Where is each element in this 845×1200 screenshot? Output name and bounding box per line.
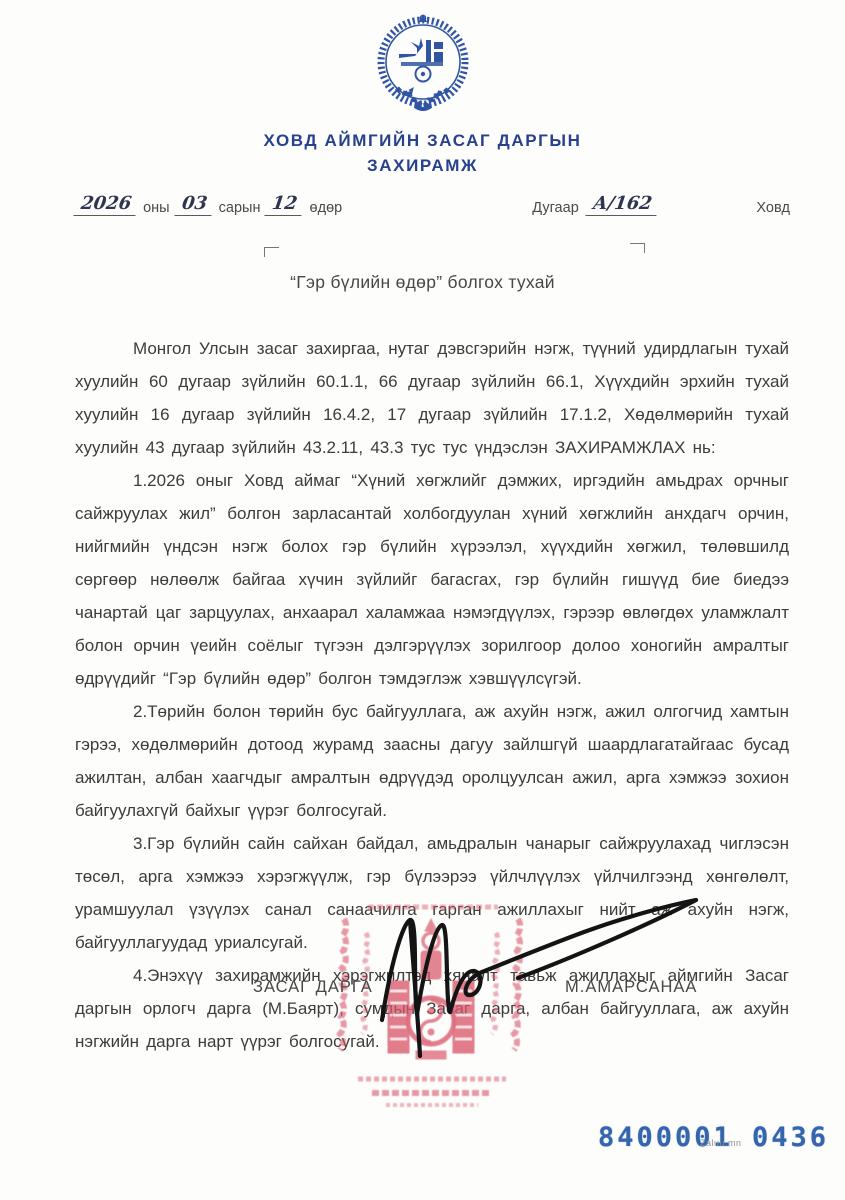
number-value: А/162 bbox=[585, 193, 659, 216]
signer-title: ЗАСАГ ДАРГА bbox=[253, 978, 373, 997]
org-title: ХОВД АЙМГИЙН ЗАСАГ ДАРГЫН ЗАХИРАМЖ bbox=[0, 128, 845, 178]
date-group: 2026 оны 03 сарын 12 өдөр bbox=[75, 193, 342, 216]
subject-line: “Гэр бүлийн өдөр” болгох тухай bbox=[0, 272, 845, 293]
date-number-line: 2026 оны 03 сарын 12 өдөр Дугаар А/162 Х… bbox=[75, 193, 790, 216]
signer-name: М.АМАРСАНАА bbox=[565, 978, 697, 997]
clause-2: 2.Төрийн болон төрийн бус байгууллага, а… bbox=[75, 695, 789, 827]
preamble-paragraph: Монгол Улсын засаг захиргаа, нутаг дэвсг… bbox=[75, 332, 789, 464]
date-year-value: 2026 bbox=[73, 193, 138, 216]
org-title-line2: ЗАХИРАМЖ bbox=[0, 153, 845, 178]
date-day-label: өдөр bbox=[310, 200, 343, 216]
date-day-value: 12 bbox=[265, 193, 305, 216]
clause-1: 1.2026 оныг Ховд аймаг “Хүний хөгжлийг д… bbox=[75, 464, 789, 695]
date-month-label: сарын bbox=[219, 200, 261, 216]
date-year-label: оны bbox=[143, 200, 170, 216]
state-emblem-icon bbox=[0, 12, 845, 118]
subject-bracket-right bbox=[630, 243, 645, 253]
watermark-text: Zaluu.mn bbox=[700, 1138, 742, 1148]
date-month-value: 03 bbox=[174, 193, 214, 216]
document-page: ХОВД АЙМГИЙН ЗАСАГ ДАРГЫН ЗАХИРАМЖ 2026 … bbox=[0, 0, 845, 1200]
number-label: Дугаар bbox=[532, 200, 579, 216]
org-title-line1: ХОВД АЙМГИЙН ЗАСАГ ДАРГЫН bbox=[0, 128, 845, 153]
place-label: Ховд bbox=[756, 200, 790, 216]
subject-bracket-left bbox=[264, 247, 279, 257]
document-number-group: Дугаар А/162 bbox=[532, 193, 657, 216]
